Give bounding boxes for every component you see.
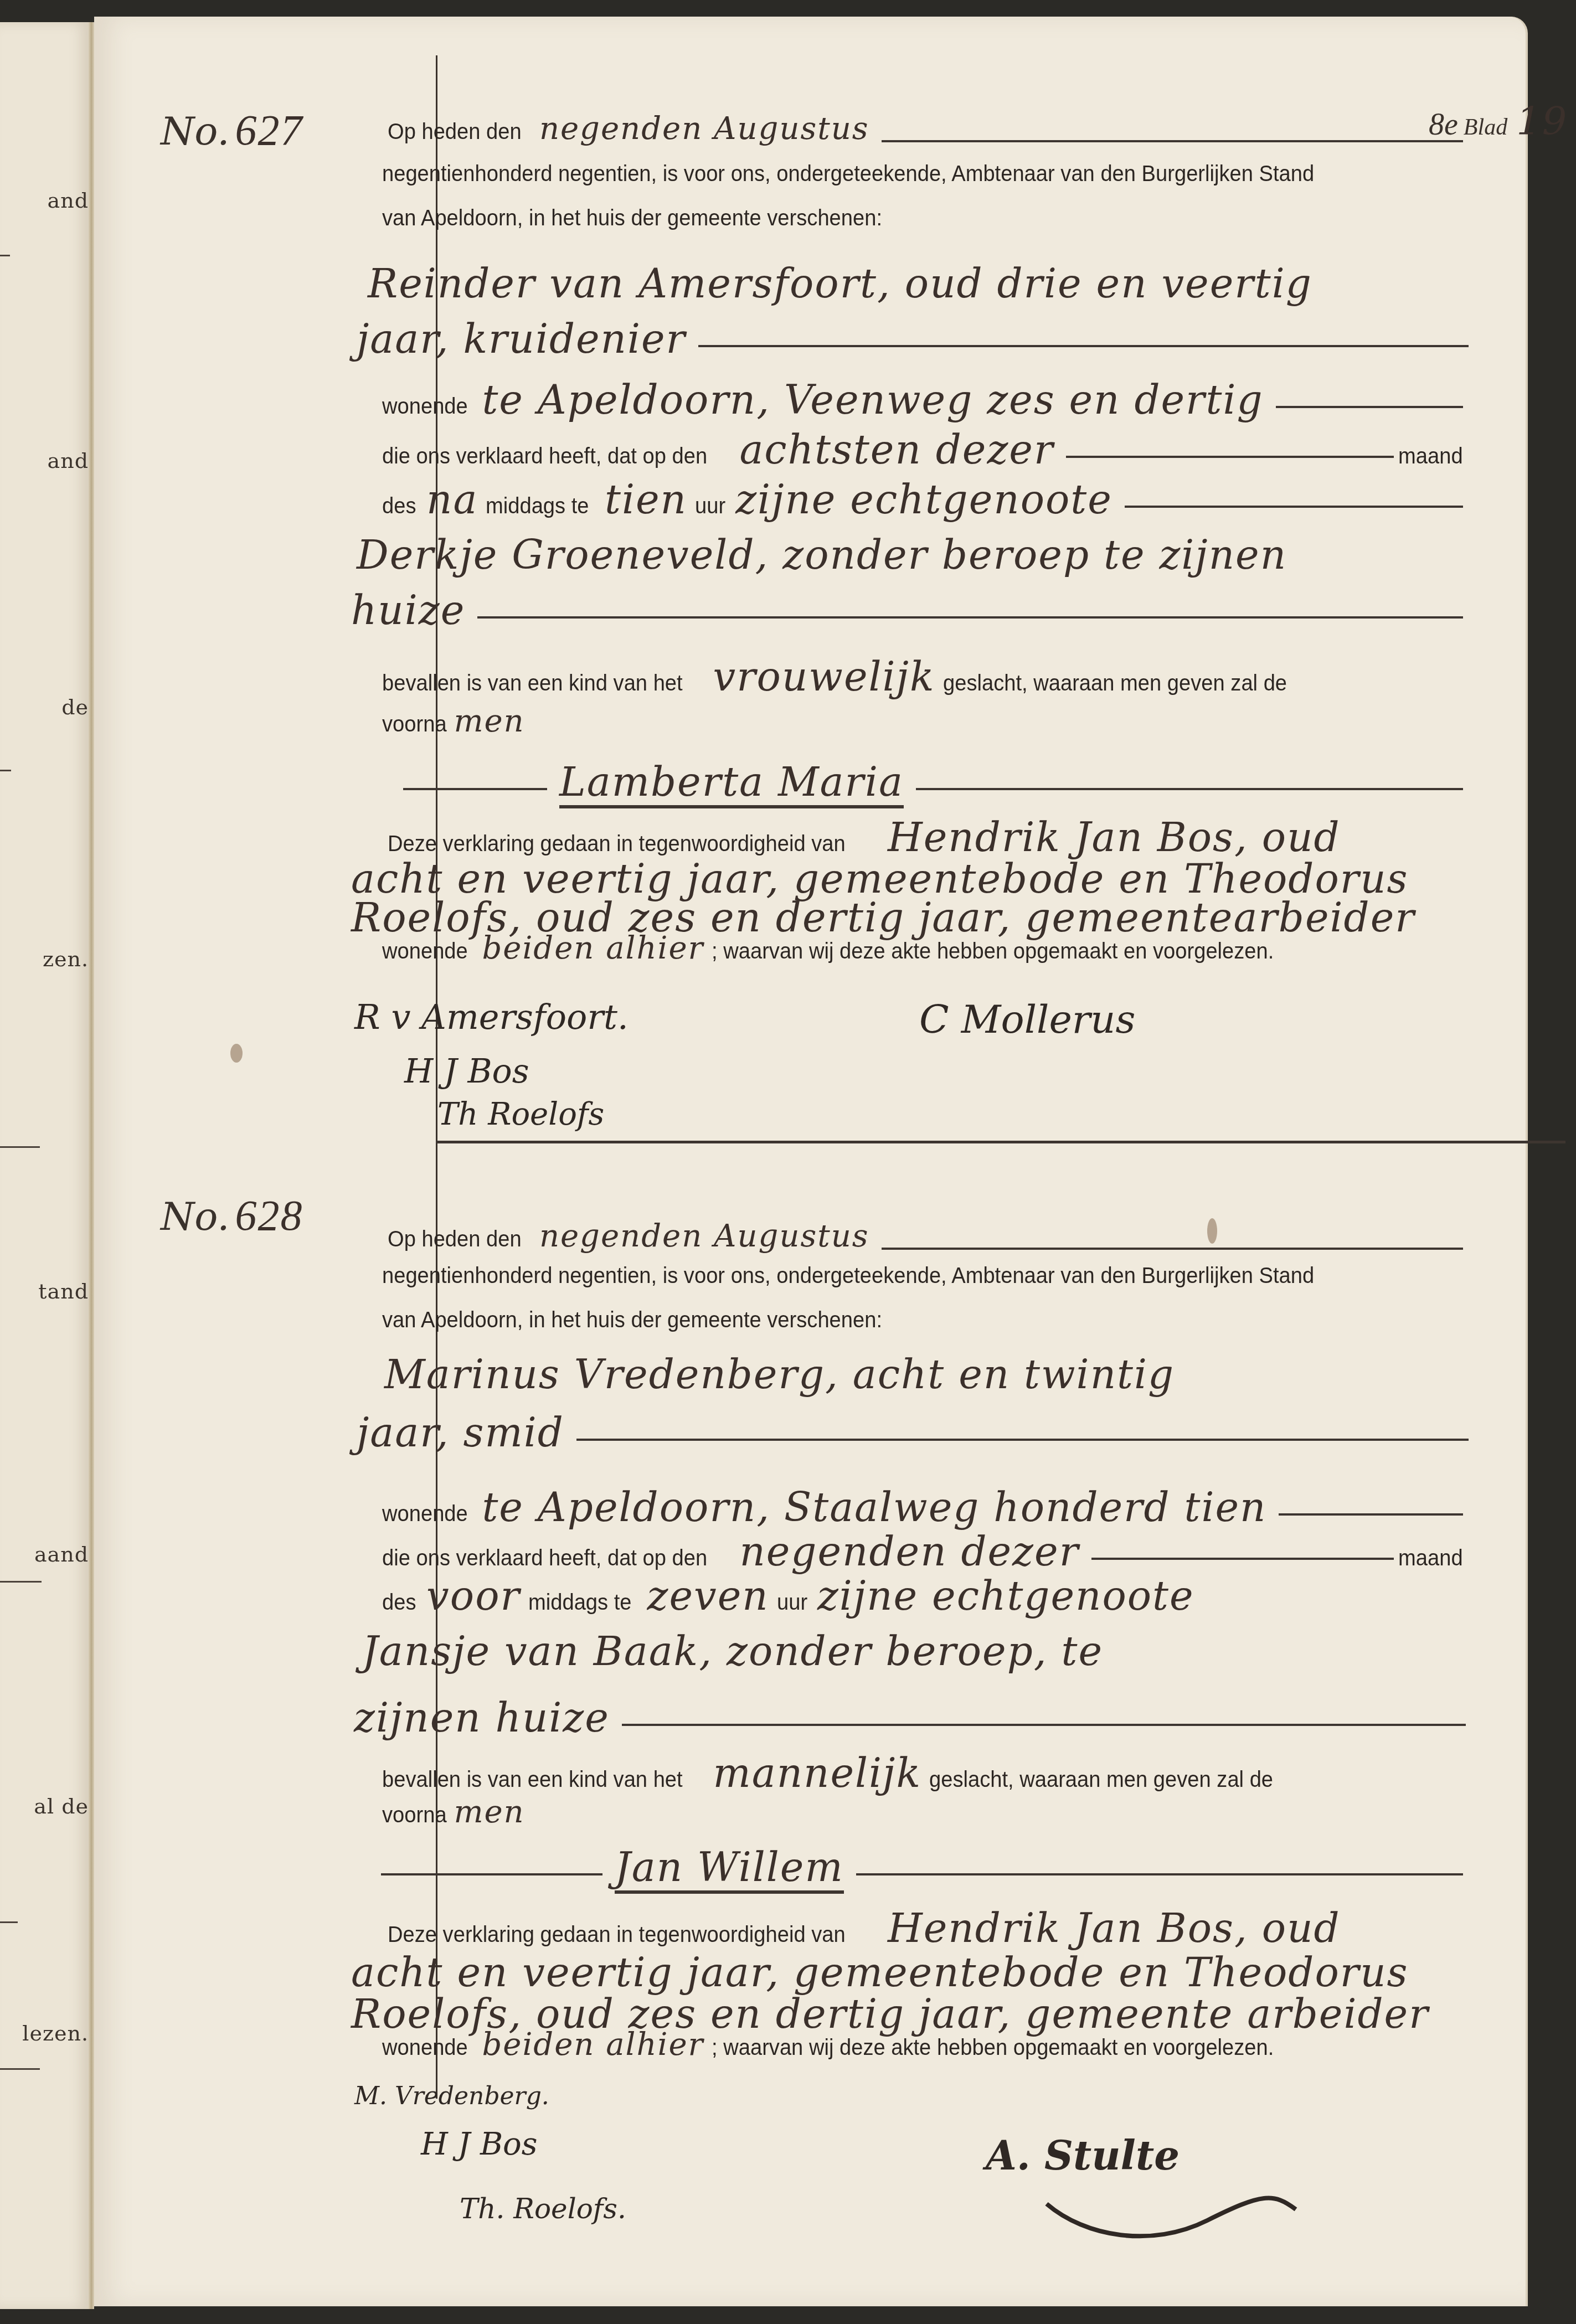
signature-witness-2: Th. Roelofs. (460, 2193, 626, 2225)
record-separator (436, 1141, 1565, 1143)
handwritten-ampm: na (426, 476, 478, 523)
printed-text: bevallen is van een kind van het (382, 670, 683, 696)
signature-witness-1: H J Bos (421, 2126, 538, 2162)
record-line: van Apeldoorn, in het huis der gemeente … (382, 205, 1506, 266)
handwritten-residence: te Apeldoorn, Veenweg zes en dertig (482, 377, 1263, 423)
folio-label: Blad (1464, 115, 1507, 140)
fill-line (882, 1248, 1464, 1250)
printed-text: maand (1398, 443, 1463, 469)
record-line-declarant: Reinder van Amersfoort, oud drie en veer… (360, 260, 1484, 321)
handwritten-hour: zeven (647, 1573, 769, 1619)
printed-text: middags te (486, 493, 589, 519)
record-number-value: 628 (235, 1191, 303, 1239)
signature-official: C Mollerus (919, 997, 1135, 1042)
signature-flourish-icon (1041, 2187, 1307, 2248)
printed-text: wonende (382, 1501, 468, 1527)
printed-text: van Apeldoorn, in het huis der gemeente … (382, 1307, 882, 1333)
fill-line (1066, 456, 1393, 458)
record-line-closing: wonende beiden alhier ; waarvan wij deze… (382, 930, 1506, 991)
printed-text: geslacht, waaraan men geven zal de (929, 1766, 1273, 1792)
handwritten-sex: vrouwelijk (713, 653, 935, 700)
handwritten-residence: te Apeldoorn, Staalweg honderd tien (482, 1484, 1266, 1531)
fill-line (381, 1873, 602, 1875)
record-number-label: No. (161, 1194, 229, 1239)
facing-page-fragment: al de (0, 1794, 89, 1818)
signature-witness-2: Th Roelofs (437, 1096, 604, 1132)
facing-page-fragment: tand (0, 1279, 89, 1303)
record-line-occupation: jaar, kruidenier (349, 316, 1473, 377)
handwritten-witness: Hendrik Jan Bos, oud (888, 814, 1341, 860)
record-line-time: des voor middags te zeven uur zijne echt… (382, 1573, 1467, 1634)
signature-witness-1: H J Bos (404, 1052, 529, 1091)
facing-page-fragment: aand (0, 1542, 89, 1566)
handwritten-text: beiden alhier (482, 2027, 704, 2063)
fill-line (856, 1873, 1463, 1875)
fill-line (403, 788, 547, 790)
fill-line (622, 1724, 1466, 1726)
handwritten-sex: mannelijk (713, 1750, 922, 1796)
fill-line (1091, 1558, 1394, 1560)
handwritten-place: huize (351, 587, 465, 633)
facing-page-rule (0, 1581, 42, 1583)
handwritten-text: men (454, 703, 524, 739)
fill-line (916, 788, 1463, 790)
printed-text: voorna (382, 1802, 447, 1828)
printed-text: die ons verklaard heeft, dat op den (382, 1545, 707, 1571)
fill-line (882, 140, 1464, 142)
printed-text: Op heden den (388, 1226, 522, 1252)
printed-text: Op heden den (388, 118, 522, 145)
handwritten-witness: Hendrik Jan Bos, oud (888, 1905, 1341, 1951)
record-number: No.628 (161, 1191, 311, 1240)
folio-number: 19 (1516, 99, 1568, 144)
handwritten-mother: Jansje van Baak, zonder beroep, te (362, 1628, 1103, 1674)
facing-page-rule (0, 2068, 40, 2070)
printed-text: uur (777, 1589, 807, 1615)
facing-page-edge: and and de zen. tand aand al de lezen. (0, 22, 92, 2309)
handwritten-day: achtsten dezer (739, 426, 1054, 473)
record-line-mother: Jansje van Baak, zonder beroep, te (354, 1628, 1479, 1689)
facing-page-fragment: lezen. (0, 2021, 89, 2045)
record-line-occupation: jaar, smid (349, 1409, 1473, 1470)
facing-page-fragment: and (0, 449, 89, 473)
handwritten-text: acht en veertig jaar, gemeentebode en Th… (351, 1949, 1409, 1996)
printed-text: Deze verklaring gedaan in tegenwoordighe… (388, 831, 846, 857)
handwritten-text: zijne echtgenoote (735, 476, 1113, 523)
printed-text: negentienhonderd negentien, is voor ons,… (382, 161, 1314, 187)
fill-line (698, 345, 1469, 347)
printed-text: des (382, 493, 416, 519)
handwritten-occupation: jaar, kruidenier (357, 316, 686, 362)
handwritten-child-name: Lamberta Maria (559, 759, 904, 808)
facing-page-rule (0, 1921, 18, 1923)
record-line-mother: Derkje Groeneveld, zonder beroep te zijn… (349, 532, 1473, 592)
printed-text: maand (1398, 1545, 1463, 1571)
handwritten-declarant: Marinus Vredenberg, acht en twintig (384, 1351, 1175, 1398)
printed-text: voorna (382, 711, 447, 737)
printed-text: negentienhonderd negentien, is voor ons,… (382, 1263, 1314, 1289)
handwritten-declarant: Reinder van Amersfoort, oud drie en veer… (368, 260, 1312, 307)
handwritten-hour: tien (605, 476, 687, 523)
facing-page-rule (0, 1146, 40, 1148)
printed-text: uur (695, 493, 725, 519)
handwritten-text: men (454, 1794, 524, 1830)
printed-text: wonende (382, 2034, 468, 2060)
record-line: voorna men (382, 703, 1506, 764)
record-line-place: huize (343, 587, 1467, 648)
facing-page-fragment: and (0, 188, 89, 213)
signature-official: A. Stulte (986, 2132, 1180, 2179)
handwritten-mother: Derkje Groeneveld, zonder beroep te zijn… (357, 532, 1287, 578)
record-line-time: des na middags te tien uur zijne echtgen… (382, 476, 1467, 537)
printed-text: bevallen is van een kind van het (382, 1766, 683, 1792)
printed-text: wonende (382, 938, 468, 964)
handwritten-occupation: jaar, smid (357, 1409, 564, 1456)
record-line-childname: Lamberta Maria (399, 759, 1467, 820)
facing-page-fragment: zen. (0, 947, 89, 971)
book-spine (89, 22, 94, 2309)
printed-text: die ons verklaard heeft, dat op den (382, 443, 707, 469)
signature-declarant: M. Vredenberg. (354, 2082, 549, 2110)
record-line-place: zijnen huize (346, 1694, 1470, 1755)
printed-text: middags te (528, 1589, 632, 1615)
handwritten-date: negenden Augustus (539, 1218, 869, 1254)
record-line-closing: wonende beiden alhier ; waarvan wij deze… (382, 2027, 1506, 2088)
signature-declarant: R v Amersfoort. (354, 997, 629, 1037)
record-number: No.627 (161, 105, 311, 155)
facing-page-rule (0, 770, 11, 771)
handwritten-place: zijnen huize (354, 1694, 610, 1741)
printed-text: des (382, 1589, 416, 1615)
printed-text: wonende (382, 393, 468, 419)
handwritten-text: zijne echtgenoote (817, 1573, 1194, 1619)
handwritten-date: negenden Augustus (539, 111, 869, 147)
printed-text: ; waarvan wij deze akte hebben opgemaakt… (712, 2034, 1274, 2060)
printed-text: Deze verklaring gedaan in tegenwoordighe… (388, 1921, 846, 1947)
record-line-declarant: Marinus Vredenberg, acht en twintig (377, 1351, 1501, 1412)
fill-line (576, 1439, 1469, 1441)
handwritten-text: beiden alhier (482, 930, 704, 966)
handwritten-day: negenden dezer (739, 1528, 1079, 1575)
fill-line (1279, 1513, 1463, 1516)
printed-text: van Apeldoorn, in het huis der gemeente … (382, 205, 882, 231)
handwritten-ampm: voor (426, 1573, 521, 1619)
fill-line (1276, 406, 1463, 408)
record-line-childname: Jan Willem (377, 1844, 1467, 1905)
printed-text: geslacht, waaraan men geven zal de (943, 670, 1287, 696)
ink-spot (230, 1044, 243, 1063)
printed-text: ; waarvan wij deze akte hebben opgemaakt… (712, 938, 1274, 964)
record-number-label: No. (161, 109, 229, 154)
fill-line (1125, 506, 1463, 508)
facing-page-rule (0, 255, 10, 256)
handwritten-child-name: Jan Willem (615, 1844, 844, 1894)
fill-line (477, 616, 1463, 619)
facing-page-fragment: de (0, 695, 89, 719)
record-number-value: 627 (235, 106, 303, 154)
